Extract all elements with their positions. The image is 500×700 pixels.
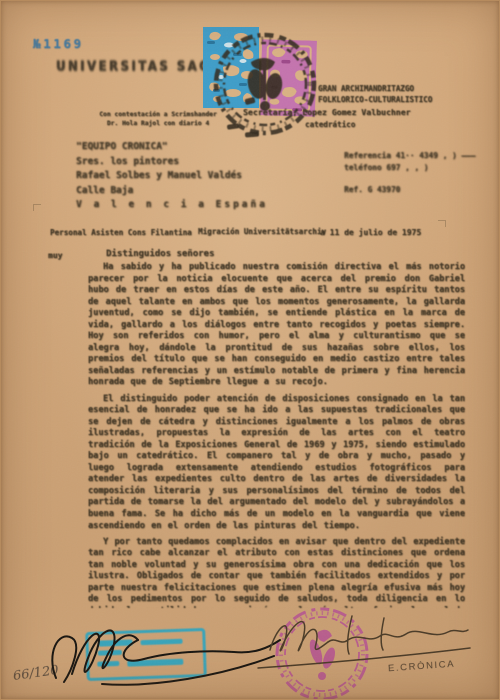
registration-mark — [33, 204, 41, 211]
document-number: №1169 — [33, 36, 84, 51]
reference-left: Personal Asisten Cons Filantina — [50, 228, 192, 237]
recipient-line-1: "EQUIPO CRONICA" — [76, 140, 268, 155]
reference-middle: Migración Universitätsarchiv — [198, 227, 326, 236]
registration-mark — [438, 220, 446, 227]
body-paragraph-1: Ha sabido y ha publicado nuestra comisió… — [88, 262, 465, 389]
salutation-prefix: muy — [48, 251, 62, 260]
body-paragraph-3: Y por tanto quedamos complacidos en avis… — [88, 537, 465, 608]
date-line: a 11 de julio de 1975 — [320, 228, 421, 237]
recipient-line-2: Sres. los pintores — [76, 155, 268, 170]
org-line-3: Secretaría, Lopez Gomez Valbuchner — [243, 107, 411, 117]
recipient-line-5: V a l e n c i a España — [76, 198, 268, 213]
letter-body: Ha sabido y ha publicado nuestra comisió… — [88, 262, 465, 608]
org-line-2: FOLKLORICO-CULTURALISTICO — [318, 95, 432, 104]
contact-line-2: teléfono 697 , , ) — [344, 162, 475, 174]
salutation: Distinguidos señores — [106, 249, 214, 259]
artist-signature-black — [42, 612, 292, 697]
org-line-1: GRAN ARCHIMANDRITAZGO — [318, 84, 414, 93]
recipient-address-block: "EQUIPO CRONICA" Sres. los pintores Rafa… — [76, 140, 268, 213]
contact-line-1: Referencia 41·· 4349 , ) ——— — [344, 150, 475, 162]
body-paragraph-2: El distinguido poder atención de disposi… — [88, 394, 465, 533]
recipient-line-4: Calle Baja — [76, 184, 268, 199]
framed-letter-artwork: №1169 UNIVERSITAS SAGUNTINA Con contesta… — [0, 0, 500, 700]
recipient-line-3: Rafael Solbes y Manuel Valdés — [76, 169, 268, 184]
contact-line-3: Ref. G 43970 — [344, 184, 475, 196]
letterhead-subline-2: Dr. Hola Rajol con diario 4 — [92, 120, 224, 129]
org-line-4: catedrático — [305, 120, 355, 129]
letterhead-subline-1: Con contestación a Scrimshander — [92, 111, 224, 120]
contact-block: Referencia 41·· 4349 , ) ——— teléfono 69… — [344, 150, 475, 196]
